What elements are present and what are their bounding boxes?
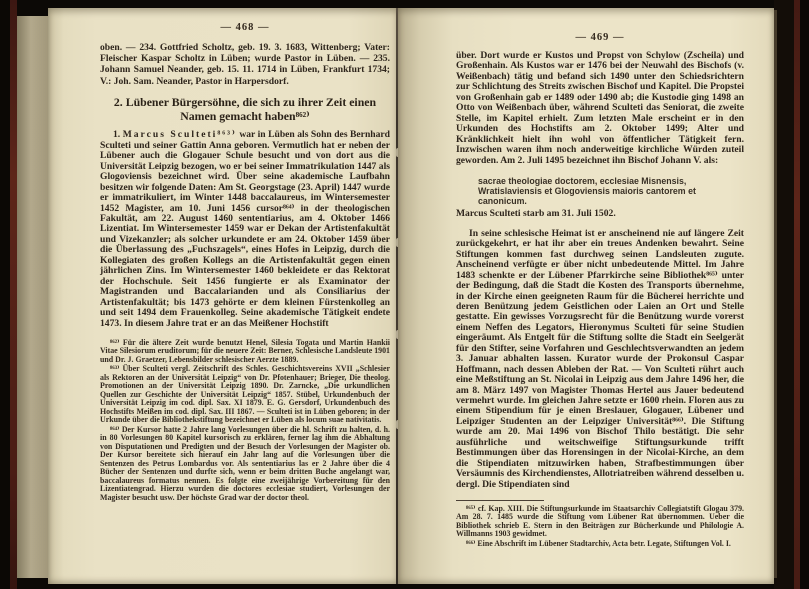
page-stack-edge-right [774,10,777,578]
page-number-right: — 469 — [456,32,744,43]
scan-border-right-outer [800,0,809,589]
book-scan: — 468 — oben. — 234. Gottfried Scholtz, … [0,0,809,589]
body-paragraph-legacy: In seine schlesische Heimat ist er ansch… [456,229,744,490]
section-heading: 2. Lübener Bürgersöhne, die sich zu ihre… [110,96,380,123]
right-page: — 469 — über. Dort wurde er Kustos und P… [398,8,774,584]
page-number-left: — 468 — [100,22,390,33]
scan-border-left [0,0,10,589]
footnote-865: ⁸⁶⁵⁾ cf. Kap. XIII. Die Stiftungsurkunde… [456,505,744,539]
footnotes-left: ⁸⁶²⁾ Für die ältere Zeit wurde benutzt H… [100,339,390,503]
footnote-separator-rule [456,500,544,501]
footnote-864: ⁸⁶⁴⁾ Der Kursor hatte 2 Jahre lang Vorle… [100,426,390,503]
left-page: — 468 — oben. — 234. Gottfried Scholtz, … [48,8,398,584]
footnotes-right: ⁸⁶⁵⁾ cf. Kap. XIII. Die Stiftungsurkunde… [456,505,744,549]
cover-edge-left [10,0,17,589]
page-stack-edge-left [17,14,48,578]
latin-citation: sacrae theologiae doctorem, ecclesiae Mi… [478,176,744,207]
body-paragraph-sculteti: 1. Marcus Sculteti⁸⁶³⁾ war in Lüben als … [100,130,390,329]
footnote-866: ⁸⁶⁶⁾ Eine Abschrift im Lübener Stadtarch… [456,540,744,549]
body-paragraph-continuation: über. Dort wurde er Kustos und Propst vo… [456,51,744,166]
body-paragraph-text: war in Lüben als Sohn des Bernhard Scult… [100,129,390,328]
continued-paragraph: oben. — 234. Gottfried Scholtz, geb. 19.… [100,42,390,87]
footnote-863: ⁸⁶³⁾ Über Sculteti vergl. Zeitschrift de… [100,365,390,425]
footnote-862: ⁸⁶²⁾ Für die ältere Zeit wurde benutzt H… [100,339,390,365]
death-note: Marcus Sculteti starb am 31. Juli 1502. [456,208,744,219]
person-name: Marcus Sculteti⁸⁶³⁾ [123,129,237,140]
item-number: 1. [113,129,123,140]
scan-corner-top-left [17,0,48,16]
